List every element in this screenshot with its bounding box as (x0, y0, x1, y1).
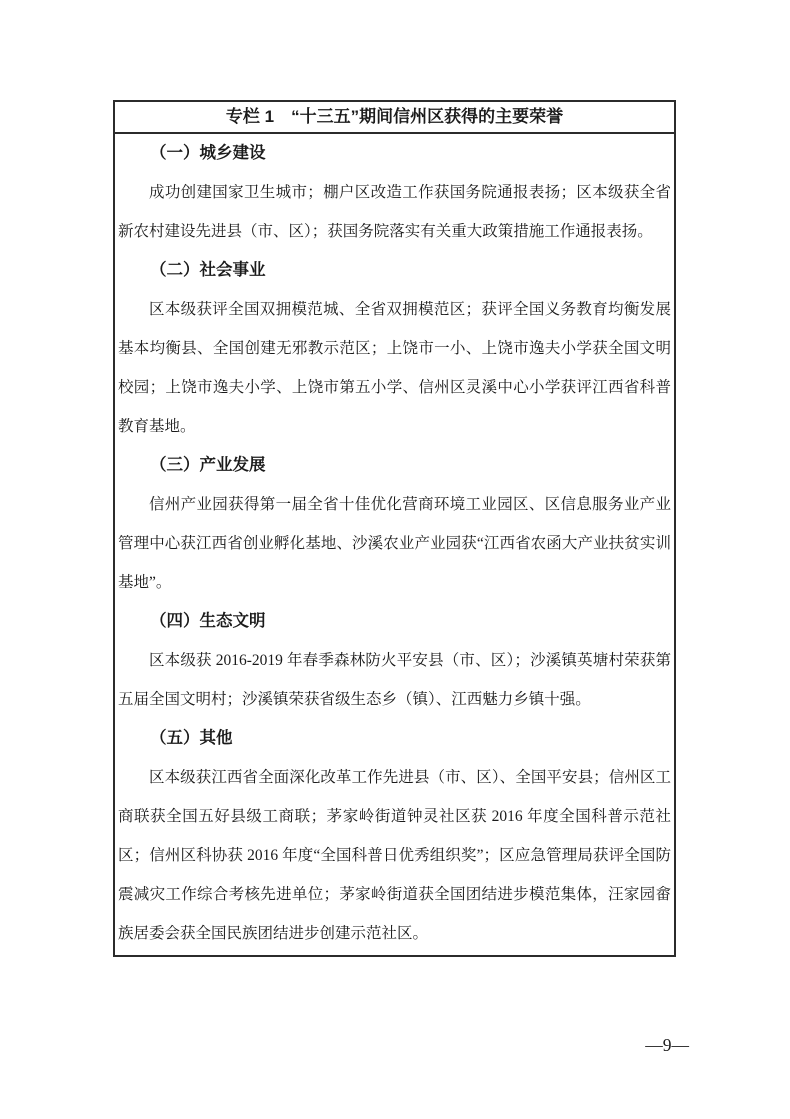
section-heading-3: （三）产业发展 (118, 446, 671, 485)
honor-panel: 专栏 1 “十三五”期间信州区获得的主要荣誉 （一）城乡建设成功创建国家卫生城市… (113, 100, 676, 957)
section-heading-1: （一）城乡建设 (118, 134, 671, 173)
section-paragraph: 区本级获 2016-2019 年春季森林防火平安县（市、区）；沙溪镇英塘村荣获第… (118, 641, 671, 719)
section-paragraph: 区本级获评全国双拥模范城、全省双拥模范区；获评全国义务教育均衡发展基本均衡县、全… (118, 290, 671, 446)
panel-body: （一）城乡建设成功创建国家卫生城市；棚户区改造工作获国务院通报表扬；区本级获全省… (115, 134, 674, 955)
section-paragraph: 区本级获江西省全面深化改革工作先进县（市、区）、全国平安县；信州区工商联获全国五… (118, 758, 671, 953)
section-heading-4: （四）生态文明 (118, 602, 671, 641)
section-heading-2: （二）社会事业 (118, 251, 671, 290)
document-page: { "panel": { "title": "专栏 1 “十三五”期间信州区获得… (0, 0, 790, 1119)
section-paragraph: 信州产业园获得第一届全省十佳优化营商环境工业园区、区信息服务业产业管理中心获江西… (118, 485, 671, 602)
panel-title: 专栏 1 “十三五”期间信州区获得的主要荣誉 (115, 102, 674, 134)
section-paragraph: 成功创建国家卫生城市；棚户区改造工作获国务院通报表扬；区本级获全省新农村建设先进… (118, 173, 671, 251)
page-number: —9— (645, 1034, 689, 1056)
section-heading-5: （五）其他 (118, 719, 671, 758)
